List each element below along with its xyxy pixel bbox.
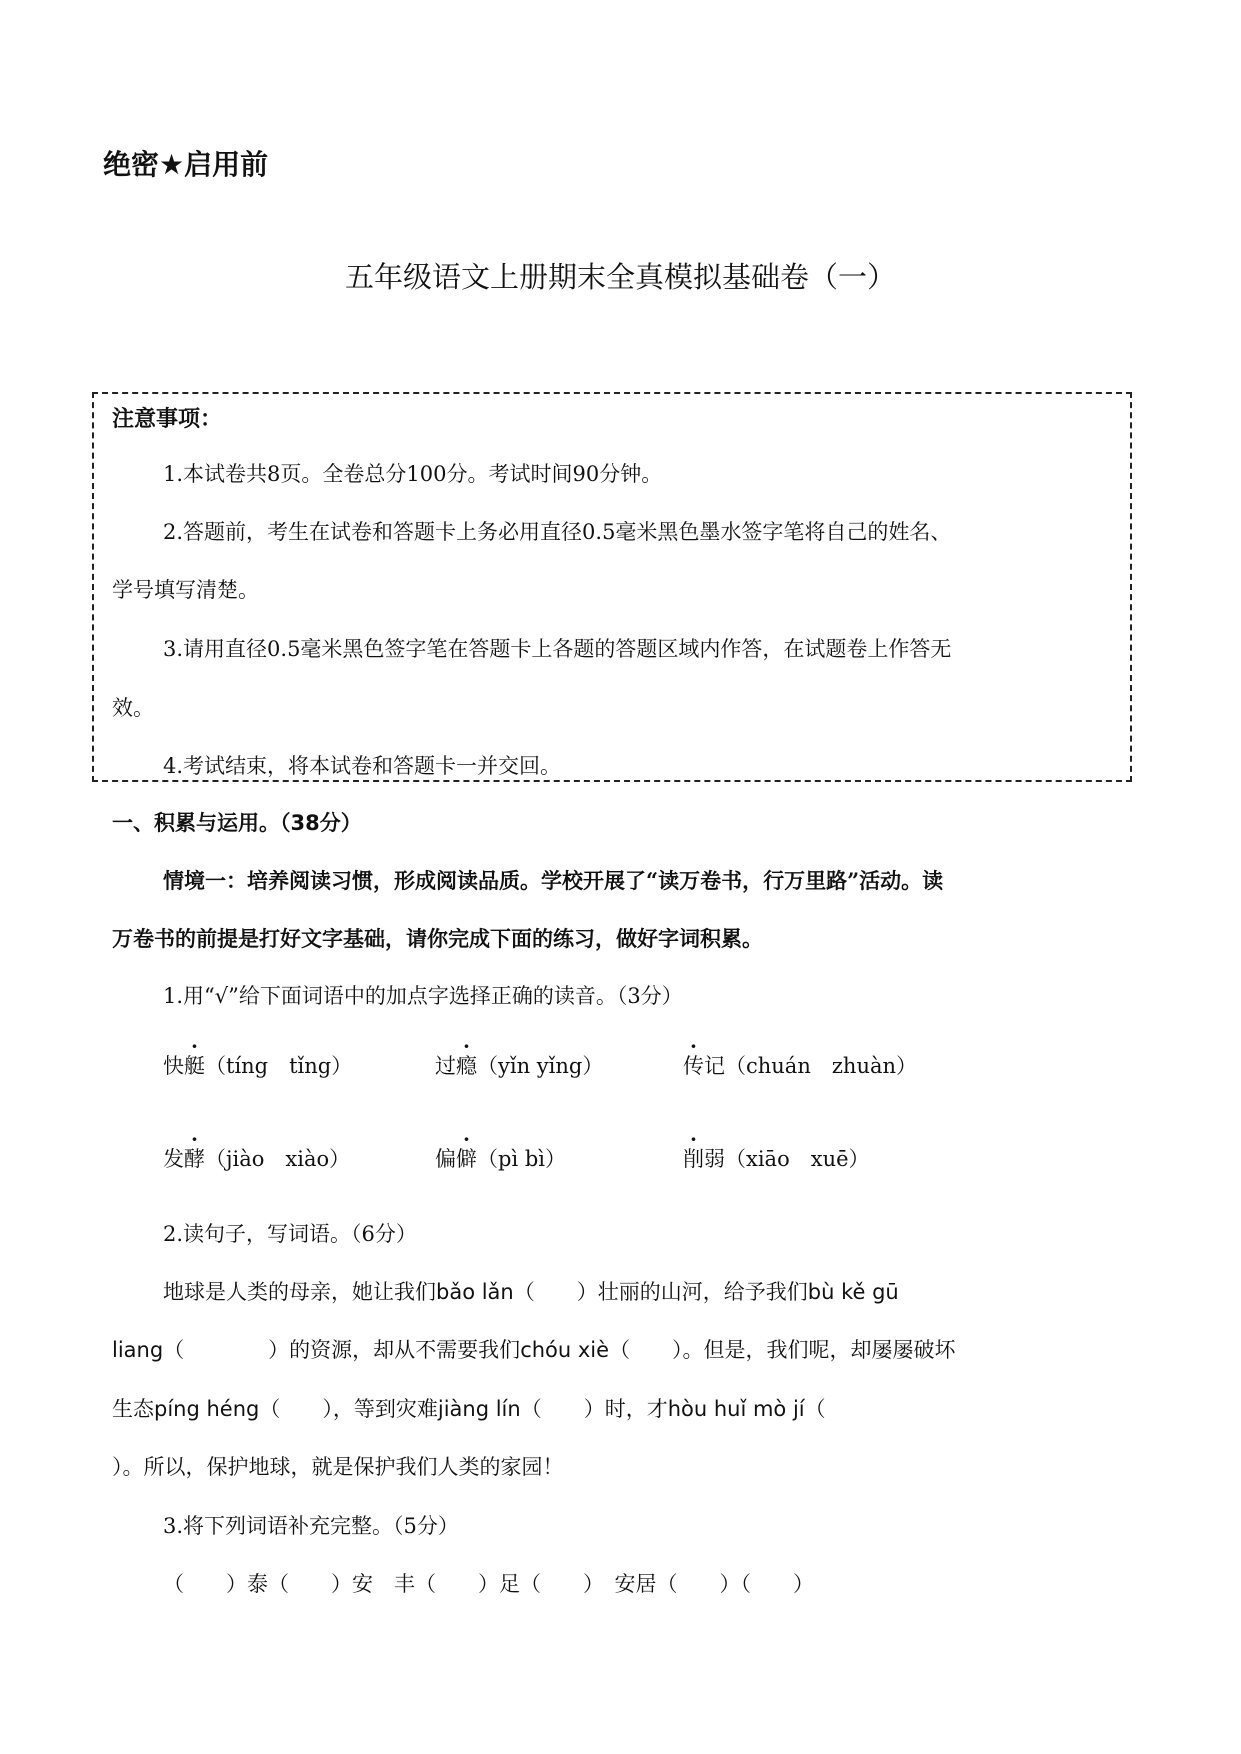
q3-prompt: 3.将下列词语补充完整。（5分） — [163, 1510, 459, 1540]
q3-items: （ ）泰（ ）安 丰（ ）足（ ） 安居（ ）（ ） — [163, 1568, 814, 1598]
q2-prompt: 2.读句子，写词语。（6分） — [163, 1218, 417, 1248]
exam-title: 五年级语文上册期末全真模拟基础卷（一） — [0, 255, 1241, 296]
notice-item-3-cont: 效。 — [112, 692, 154, 722]
notice-item-2-cont: 学号填写清楚。 — [112, 574, 259, 604]
q2-line-4: ）。所以，保护地球，就是保护我们人类的家园！ — [112, 1451, 564, 1481]
section-heading: 一、积累与运用。（38分） — [112, 807, 362, 837]
notice-item-3: 3.请用直径0.5毫米黑色签字笔在答题卡上各题的答题区域内作答，在试题卷上作答无 — [163, 633, 951, 663]
q1-word-5: 偏僻（pì bì） — [435, 1143, 566, 1173]
q1-word-6: 削弱（xiāo xuē） — [683, 1143, 870, 1173]
notice-title: 注意事项： — [112, 402, 222, 433]
notice-item-4: 4.考试结束，将本试卷和答题卡一并交回。 — [163, 750, 561, 780]
context-line-1: 情境一：培养阅读习惯，形成阅读品质。学校开展了“读万卷书，行万里路”活动。读 — [163, 865, 943, 895]
q2-line-3: 生态píng héng（ ），等到灾难jiàng lín（ ）时，才hòu hu… — [112, 1393, 826, 1423]
q2-line-2: liang（ ）的资源，却从不需要我们chóu xiè（ ）。但是，我们呢，却屡… — [112, 1334, 956, 1364]
q1-word-2: 过瘾（yǐn yǐng） — [435, 1050, 603, 1080]
q1-word-4: 发酵（jiào xiào） — [163, 1143, 350, 1173]
q2-line-1: 地球是人类的母亲，她让我们bǎo lǎn（ ）壮丽的山河，给予我们bù kě g… — [163, 1276, 899, 1306]
q1-prompt: 1.用“√”给下面词语中的加点字选择正确的读音。（3分） — [163, 980, 683, 1010]
q1-word-3: 传记（chuán zhuàn） — [683, 1050, 917, 1080]
notice-item-1: 1.本试卷共8页。全卷总分100分。考试时间90分钟。 — [163, 458, 662, 488]
confidential-label: 绝密★启用前 — [103, 143, 268, 183]
q1-word-1: 快艇（tíng tǐng） — [163, 1050, 352, 1080]
notice-item-2: 2.答题前，考生在试卷和答题卡上务必用直径0.5毫米黑色墨水签字笔将自己的姓名、 — [163, 516, 951, 546]
context-line-2: 万卷书的前提是打好文字基础，请你完成下面的练习，做好字词积累。 — [112, 923, 763, 953]
